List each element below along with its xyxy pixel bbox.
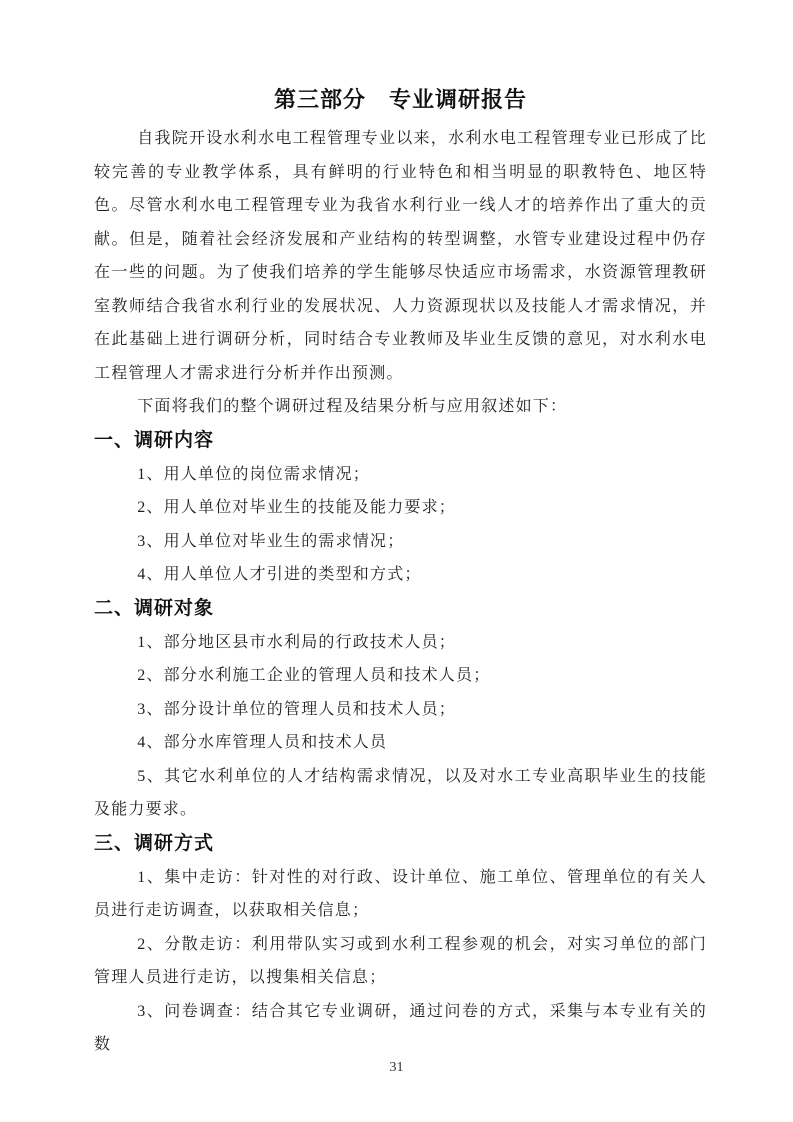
section-heading-survey-methods: 三、调研方式 — [94, 827, 707, 861]
document-page: 第三部分 专业调研报告 自我院开设水利水电工程管理专业以来，水利水电工程管理专业… — [0, 0, 793, 1122]
list-item: 4、部分水库管理人员和技术人员 — [94, 726, 707, 760]
list-item: 2、分散走访：利用带队实习或到水利工程参观的机会，对实习单位的部门管理人员进行走… — [94, 928, 707, 995]
list-item: 3、问卷调查：结合其它专业调研，通过问卷的方式，采集与本专业有关的数 — [94, 995, 707, 1062]
intro-paragraph-2: 下面将我们的整个调研过程及结果分析与应用叙述如下： — [94, 390, 707, 424]
intro-paragraph-1: 自我院开设水利水电工程管理专业以来，水利水电工程管理专业已形成了比较完善的专业教… — [94, 122, 707, 390]
list-item: 3、部分设计单位的管理人员和技术人员； — [94, 693, 707, 727]
list-item: 2、用人单位对毕业生的技能及能力要求； — [94, 491, 707, 525]
list-item: 3、用人单位对毕业生的需求情况； — [94, 525, 707, 559]
list-item: 5、其它水利单位的人才结构需求情况，以及对水工专业高职毕业生的技能及能力要求。 — [94, 760, 707, 827]
list-item: 1、部分地区县市水利局的行政技术人员； — [94, 626, 707, 660]
section-heading-survey-targets: 二、调研对象 — [94, 592, 707, 626]
list-item: 4、用人单位人才引进的类型和方式； — [94, 558, 707, 592]
page-title: 第三部分 专业调研报告 — [94, 84, 707, 116]
list-item: 2、部分水利施工企业的管理人员和技术人员； — [94, 659, 707, 693]
list-item: 1、集中走访：针对性的对行政、设计单位、施工单位、管理单位的有关人员进行走访调查… — [94, 861, 707, 928]
page-number: 31 — [0, 1060, 793, 1076]
list-item: 1、用人单位的岗位需求情况； — [94, 458, 707, 492]
section-heading-survey-content: 一、调研内容 — [94, 424, 707, 458]
